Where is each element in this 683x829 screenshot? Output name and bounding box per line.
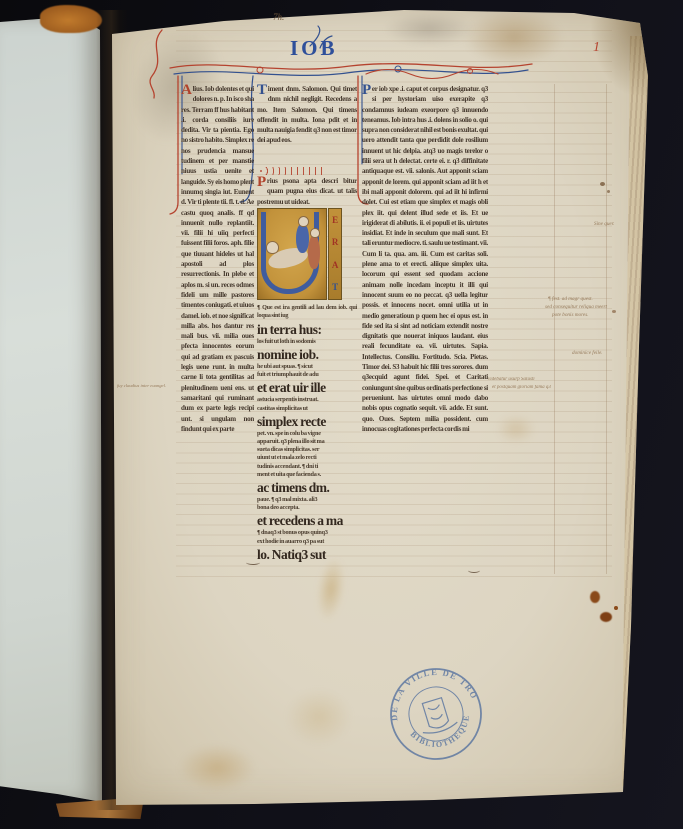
- gloss-line: bona deo accepta.: [257, 504, 357, 512]
- commentary-column-right: Per iob xpe .i. caput et corpus designat…: [362, 84, 488, 564]
- marginal-note: dominice feile.: [572, 350, 603, 356]
- bible-display-line: et erat uir ille: [257, 379, 357, 396]
- gloss-line: fuit et triumphauit de adu: [257, 371, 357, 379]
- marginal-note: ¶ fest. ad magr quest.: [548, 296, 593, 302]
- gloss-line: he ubi aut spuas. ¶ sicut: [257, 363, 357, 371]
- bible-text-column: Timent dnm. Salomon. Qui timet dnm nichi…: [257, 84, 357, 564]
- initial-letter: E: [332, 216, 338, 225]
- rubric-flourish: [257, 167, 327, 175]
- stain: [178, 744, 256, 792]
- rust-spot: [600, 612, 612, 622]
- marginal-note: videbatur usurp Salusti: [488, 377, 535, 382]
- bible-display-line: simplex recte: [257, 413, 357, 430]
- gloss-line: ext hodie in auarro q3 pa sut: [257, 538, 357, 546]
- gloss-line: pet. vn. spe in colu ba vigne: [257, 430, 357, 438]
- initial-letter: P: [362, 84, 371, 96]
- marginal-note: et postquam gloriam fama q3: [492, 385, 551, 390]
- ink-spot: [612, 310, 616, 313]
- commentary-text-right: er iob xpe .i. caput et corpus designatu…: [362, 85, 488, 433]
- initial-letter: A: [332, 261, 338, 270]
- figure-head: [310, 228, 320, 238]
- bible-display-line: in terra hus:: [257, 321, 357, 338]
- figure-head: [298, 216, 309, 227]
- bible-display-line: et recedens a ma: [257, 512, 357, 529]
- commentary-text-left: lius. Iob dolentes et qui dolores n. p. …: [181, 85, 254, 433]
- gloss-line: sueta dicas simplicitas. ser: [257, 446, 357, 454]
- standing-figure-red: [308, 235, 320, 269]
- gloss-line: uiunt ut et mala zelo recti: [257, 454, 357, 462]
- stain: [286, 688, 352, 746]
- initial-letter: T: [332, 283, 338, 292]
- facing-flyleaf-page: [0, 16, 102, 802]
- margin-rule: [606, 84, 607, 574]
- gloss-line: ¶ dnaq3 st bonus opus quinq3: [257, 529, 357, 537]
- illuminated-initial-row: E R A T: [257, 208, 343, 302]
- bible-display-line: lo. Natiq3 sut: [257, 546, 357, 563]
- manuscript-photo: 7h. IOB 1 Alius. Iob dolentes et qui dol…: [0, 0, 683, 829]
- standing-figure-blue: [296, 223, 309, 253]
- stamp-emblem: [415, 695, 459, 736]
- bible-display-line: ac timens dm.: [257, 479, 357, 496]
- ink-spot: [600, 182, 605, 186]
- gloss-line: ment et uita que facienda s.: [257, 471, 357, 479]
- rust-spot: [590, 591, 600, 603]
- marginal-note: fuy claudius inter euangel.: [117, 383, 179, 388]
- ink-spot: [607, 190, 610, 193]
- prologue-text-2: rius psona apta descri bitur quam pugna …: [257, 177, 357, 206]
- gloss-line: apparuit. q3 plena illo sit ma: [257, 438, 357, 446]
- initial-letter: T: [257, 84, 267, 96]
- gloss-caption: ¶ Que est ira gentili ad lau dem iob. qu…: [257, 304, 357, 321]
- stamp-arc-bottom: BIBLIOTHEQUE: [407, 711, 478, 757]
- initial-letter: P: [257, 176, 266, 188]
- svg-text:BIBLIOTHEQUE: BIBLIOTHEQUE: [407, 711, 478, 757]
- prologue-text-1: iment dnm. Salomon. Qui timet dnm nichil…: [257, 85, 357, 144]
- stain: [496, 414, 536, 444]
- gloss-line: los fuit ut loth in sodomis: [257, 338, 357, 346]
- page-title: IOB: [290, 36, 338, 61]
- erat-letters-band: E R A T: [328, 208, 342, 300]
- folio-number: 1: [593, 40, 600, 56]
- initial-letter: R: [332, 238, 338, 247]
- catchline-mark: [468, 568, 480, 573]
- marginal-note: sed consequitur reliqua meert: [545, 304, 607, 310]
- commentary-column-left: Alius. Iob dolentes et qui dolores n. p.…: [181, 84, 254, 557]
- fore-edge-leaves: [622, 36, 656, 786]
- initial-letter: A: [181, 84, 192, 96]
- marginal-note: pote bonis mores.: [552, 312, 589, 318]
- binding-leather-fragment: [40, 5, 102, 33]
- gloss-line: paue. ¶ q3 mal mixta. ali3: [257, 496, 357, 504]
- gloss-line: tudinis accendant. ¶ dni ti: [257, 463, 357, 471]
- marginal-note: Sine quer.: [594, 221, 614, 227]
- quire-mark: 7h.: [273, 12, 284, 22]
- gloss-line: castitas simplicitas ut: [257, 405, 357, 413]
- bible-display-line: nomine iob.: [257, 346, 357, 363]
- rust-spot: [614, 606, 618, 610]
- job-head: [266, 241, 279, 254]
- gloss-line: astucia serpentis instruat.: [257, 396, 357, 404]
- illuminated-initial-miniature: [257, 208, 327, 300]
